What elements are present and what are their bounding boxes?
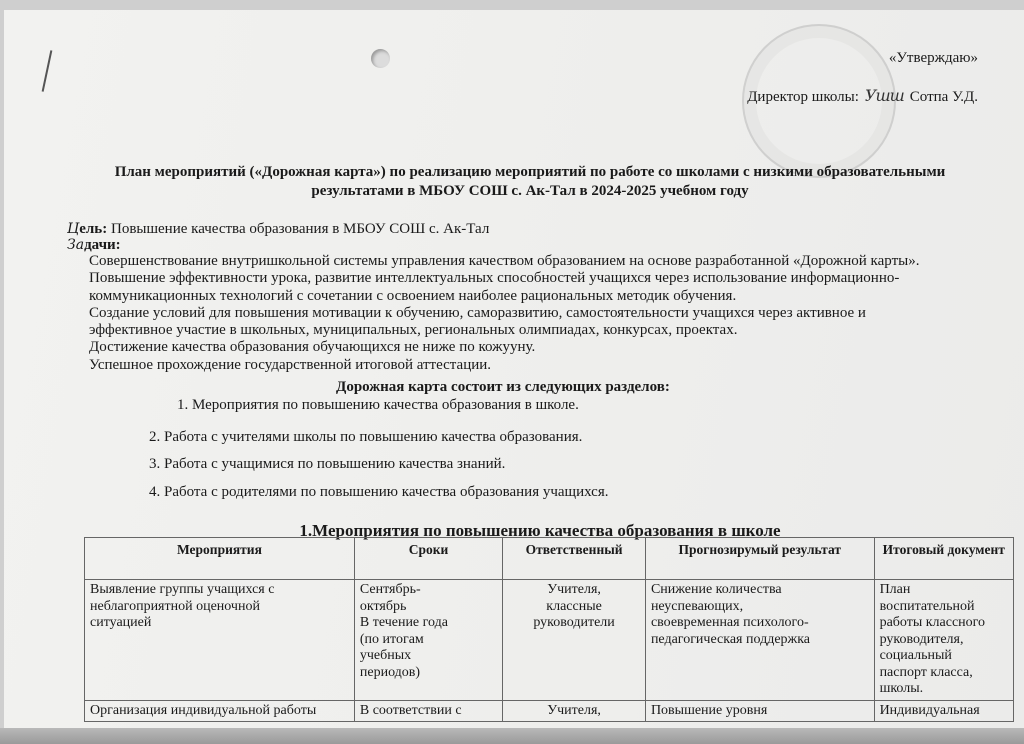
goal-label: ель:	[79, 221, 107, 237]
cell-line: школы.	[880, 681, 1008, 698]
header-terms: Сроки	[354, 538, 502, 580]
section-item: 2. Работа с учителями школы по повышению…	[149, 429, 582, 446]
section-item: 4. Работа с родителями по повышению каче…	[149, 484, 609, 501]
task-line: Повышение эффективности урока, развитие …	[89, 270, 994, 287]
task-line: Создание условий для повышения мотивации…	[89, 305, 994, 322]
cell-line: В течение года	[360, 615, 497, 632]
cell-line: классные	[508, 599, 640, 616]
cell-line: периодов)	[360, 665, 497, 682]
cell-line: Организация индивидуальной работы	[90, 703, 349, 720]
cell-responsible: Учителя,	[503, 700, 646, 722]
tasks-list: Совершенствование внутришкольной системы…	[89, 253, 994, 374]
cell-line: (по итогам	[360, 632, 497, 649]
scanner-edge	[0, 728, 1024, 744]
cell-line: социальный	[880, 648, 1008, 665]
cell-line: неблагоприятной оценочной	[90, 599, 349, 616]
cell-line: Снижение количества	[651, 582, 869, 599]
signature: Ушш	[865, 86, 904, 105]
cell-line: работы классного	[880, 615, 1008, 632]
goal: Цель: Повышение качества образования в М…	[67, 221, 489, 238]
table-header-row: Мероприятия Сроки Ответственный Прогнози…	[85, 538, 1014, 580]
cell-line: октябрь	[360, 599, 497, 616]
director-line: Директор школы: Ушш Сотпа У.Д.	[747, 86, 978, 106]
header-document: Итоговый документ	[874, 538, 1013, 580]
cell-line: Выявление группы учащихся с	[90, 582, 349, 599]
header-events: Мероприятия	[85, 538, 355, 580]
cell-result: Снижение количестванеуспевающих,своеврем…	[645, 580, 874, 701]
cell-line: педагогическая поддержка	[651, 632, 869, 649]
cell-line: руководители	[508, 615, 640, 632]
goal-text: Повышение качества образования в МБОУ СО…	[111, 221, 489, 237]
cell-line: Индивидуальная	[880, 703, 1008, 720]
task-line: Совершенствование внутришкольной системы…	[89, 253, 994, 270]
approval-label: «Утверждаю»	[889, 50, 978, 67]
director-label: Директор школы:	[747, 89, 859, 106]
cell-line: своевременная психолого-	[651, 615, 869, 632]
cell-line: Сентябрь-	[360, 582, 497, 599]
cell-event: Организация индивидуальной работы	[85, 700, 355, 722]
cell-line: учебных	[360, 648, 497, 665]
goal-label-handwritten: Ц	[67, 221, 79, 237]
table-row: Организация индивидуальной работыВ соотв…	[85, 700, 1014, 722]
task-line: эффективное участие в школьных, муниципа…	[89, 322, 994, 339]
task-line: коммуникационных технологий с сочетании …	[89, 288, 994, 305]
tasks-label: Задачи:	[67, 237, 121, 254]
cell-document: Индивидуальная	[874, 700, 1013, 722]
sections-title: Дорожная карта состоит из следующих разд…	[336, 379, 670, 396]
punch-hole	[371, 49, 390, 68]
cell-line: План	[880, 582, 1008, 599]
cell-result: Повышение уровня	[645, 700, 874, 722]
section-item: 1. Мероприятия по повышению качества обр…	[177, 397, 579, 414]
cell-line: В соответствии с	[360, 703, 497, 720]
cell-line: Учителя,	[508, 703, 640, 720]
cell-terms: Сентябрь-октябрьВ течение года(по итогам…	[354, 580, 502, 701]
cell-line: руководителя,	[880, 632, 1008, 649]
cell-event: Выявление группы учащихся снеблагоприятн…	[85, 580, 355, 701]
cell-terms: В соответствии с	[354, 700, 502, 722]
cell-line: Повышение уровня	[651, 703, 869, 720]
plan-table: Мероприятия Сроки Ответственный Прогнози…	[84, 537, 1014, 722]
tasks-label-handwritten: За	[67, 237, 84, 253]
task-line: Успешное прохождение государственной ито…	[89, 357, 994, 374]
title-line-1: План мероприятий («Дорожная карта») по р…	[70, 163, 990, 182]
pen-mark	[42, 50, 53, 91]
task-line: Достижение качества образования обучающи…	[89, 339, 994, 356]
cell-responsible: Учителя,классныеруководители	[503, 580, 646, 701]
header-responsible: Ответственный	[503, 538, 646, 580]
cell-line: неуспевающих,	[651, 599, 869, 616]
cell-line: паспорт класса,	[880, 665, 1008, 682]
section-item: 3. Работа с учащимися по повышению качес…	[149, 456, 505, 473]
cell-document: Планвоспитательнойработы классногоруково…	[874, 580, 1013, 701]
cell-line: Учителя,	[508, 582, 640, 599]
cell-line: воспитательной	[880, 599, 1008, 616]
header-result: Прогнозирумый результат	[645, 538, 874, 580]
director-name: Сотпа У.Д.	[910, 89, 978, 106]
cell-line: ситуацией	[90, 615, 349, 632]
table-row: Выявление группы учащихся снеблагоприятн…	[85, 580, 1014, 701]
title-line-2: результатами в МБОУ СОШ с. Ак-Тал в 2024…	[70, 182, 990, 201]
document-title: План мероприятий («Дорожная карта») по р…	[70, 163, 990, 201]
